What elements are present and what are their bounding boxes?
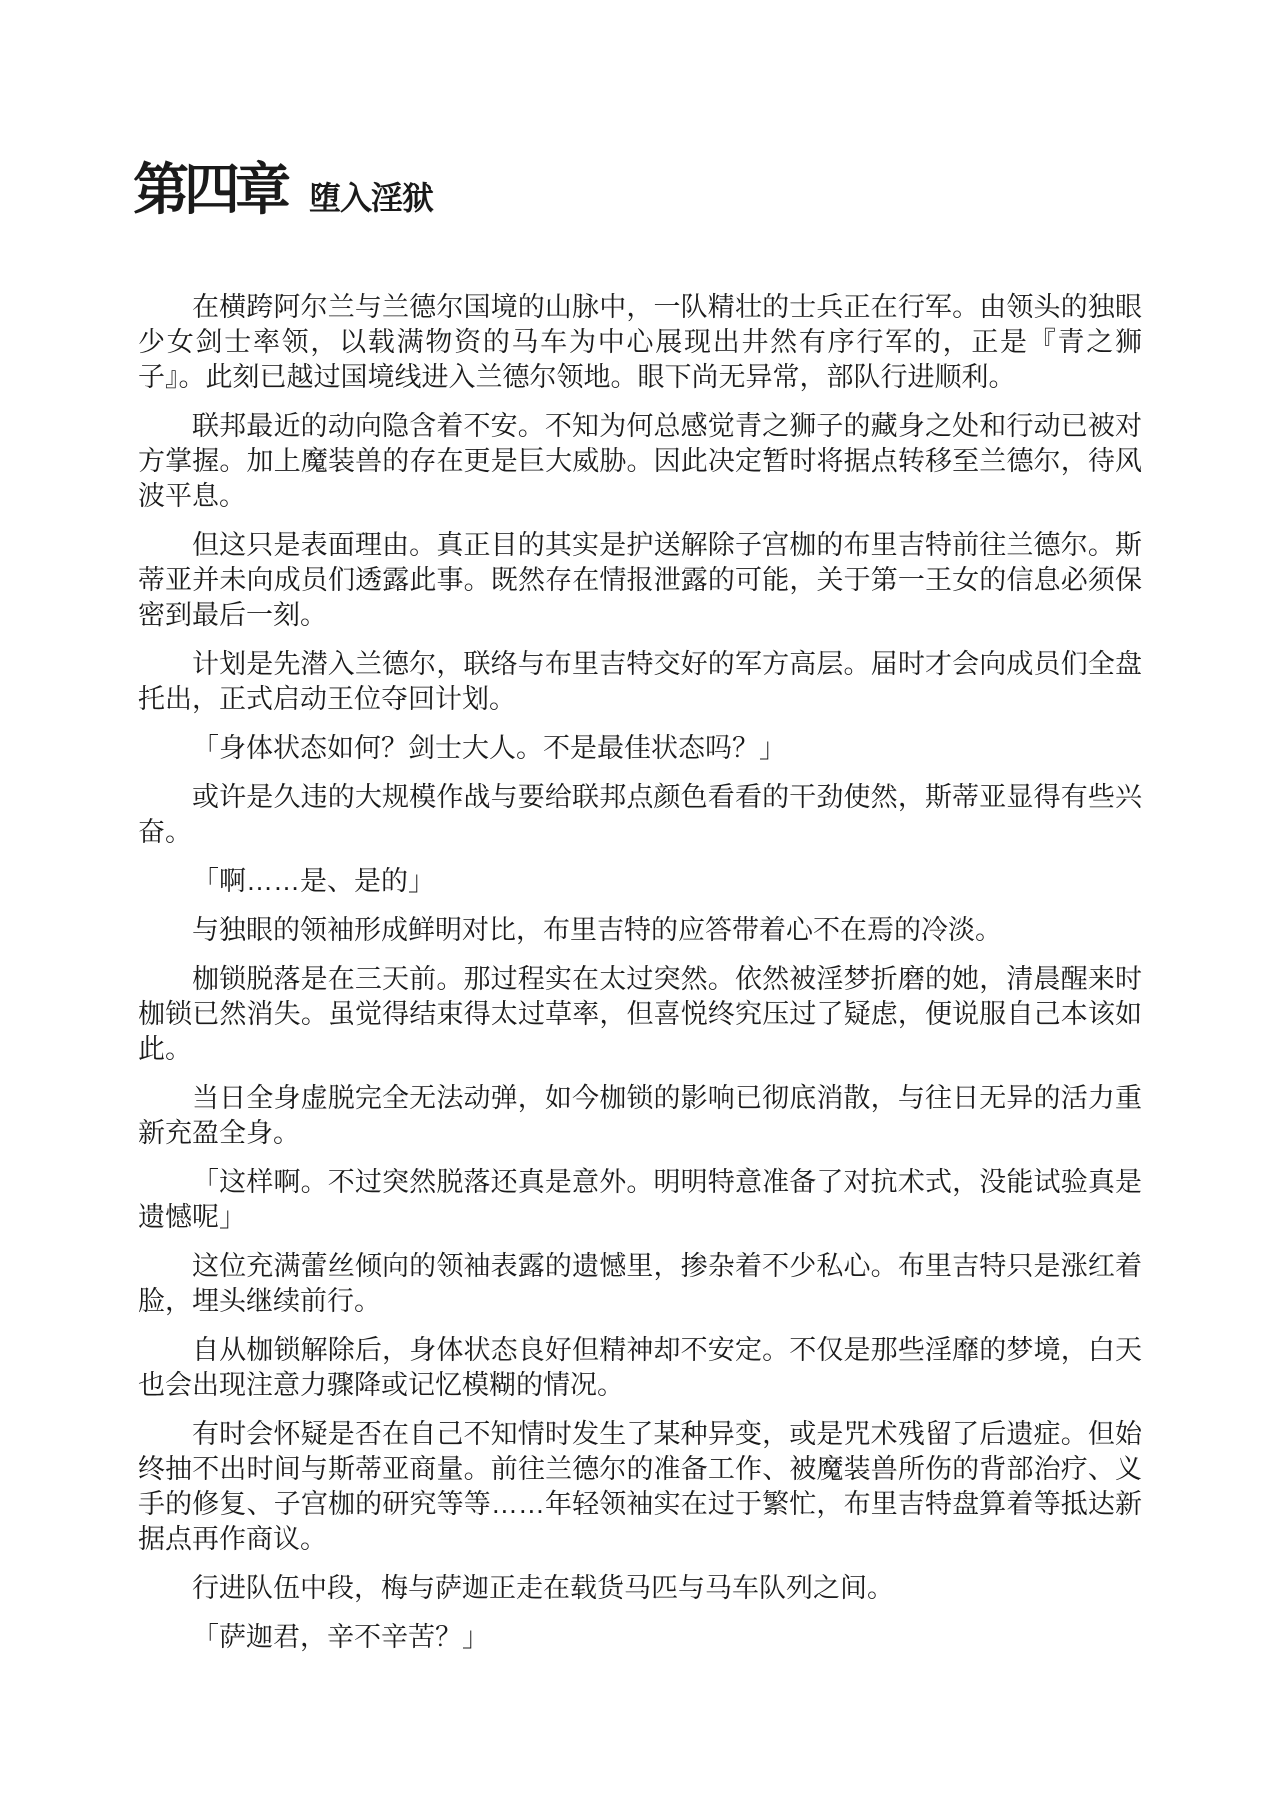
paragraph: 或许是久违的大规模作战与要给联邦点颜色看看的干劲使然，斯蒂亚显得有些兴奋。 [138,780,1142,850]
paragraph: 与独眼的领袖形成鲜明对比，布里吉特的应答带着心不在焉的冷淡。 [138,913,1142,948]
paragraph: 自从枷锁解除后，身体状态良好但精神却不安定。不仅是那些淫靡的梦境，白天也会出现注… [138,1333,1142,1403]
chapter-heading: 第四章 堕入淫狱 [133,162,433,218]
paragraph: 枷锁脱落是在三天前。那过程实在太过突然。依然被淫梦折磨的她，清晨醒来时枷锁已然消… [138,962,1142,1067]
paragraph: 但这只是表面理由。真正目的其实是护送解除子宫枷的布里吉特前往兰德尔。斯蒂亚并未向… [138,528,1142,633]
novel-page: 第四章 堕入淫狱 在横跨阿尔兰与兰德尔国境的山脉中，一队精壮的士兵正在行军。由领… [0,0,1280,1808]
paragraph: 「萨迦君，辛不辛苦？」 [138,1620,1142,1655]
paragraph: 计划是先潜入兰德尔，联络与布里吉特交好的军方高层。届时才会向成员们全盘托出，正式… [138,647,1142,717]
paragraph: 「啊……是、是的」 [138,864,1142,899]
paragraph: 联邦最近的动向隐含着不安。不知为何总感觉青之狮子的藏身之处和行动已被对方掌握。加… [138,409,1142,514]
paragraph: 当日全身虚脱完全无法动弹，如今枷锁的影响已彻底消散，与往日无异的活力重新充盈全身… [138,1081,1142,1151]
paragraph: 「这样啊。不过突然脱落还真是意外。明明特意准备了对抗术式，没能试验真是遗憾呢」 [138,1165,1142,1235]
paragraph: 「身体状态如何？剑士大人。不是最佳状态吗？」 [138,731,1142,766]
chapter-title: 堕入淫狱 [309,182,433,214]
body-paragraphs: 在横跨阿尔兰与兰德尔国境的山脉中，一队精壮的士兵正在行军。由领头的独眼少女剑士率… [138,290,1142,1669]
paragraph: 行进队伍中段，梅与萨迦正走在载货马匹与马车队列之间。 [138,1571,1142,1606]
chapter-number: 第四章 [133,162,291,218]
paragraph: 在横跨阿尔兰与兰德尔国境的山脉中，一队精壮的士兵正在行军。由领头的独眼少女剑士率… [138,290,1142,395]
paragraph: 这位充满蕾丝倾向的领袖表露的遗憾里，掺杂着不少私心。布里吉特只是涨红着脸，埋头继… [138,1249,1142,1319]
paragraph: 有时会怀疑是否在自己不知情时发生了某种异变，或是咒术残留了后遗症。但始终抽不出时… [138,1417,1142,1557]
